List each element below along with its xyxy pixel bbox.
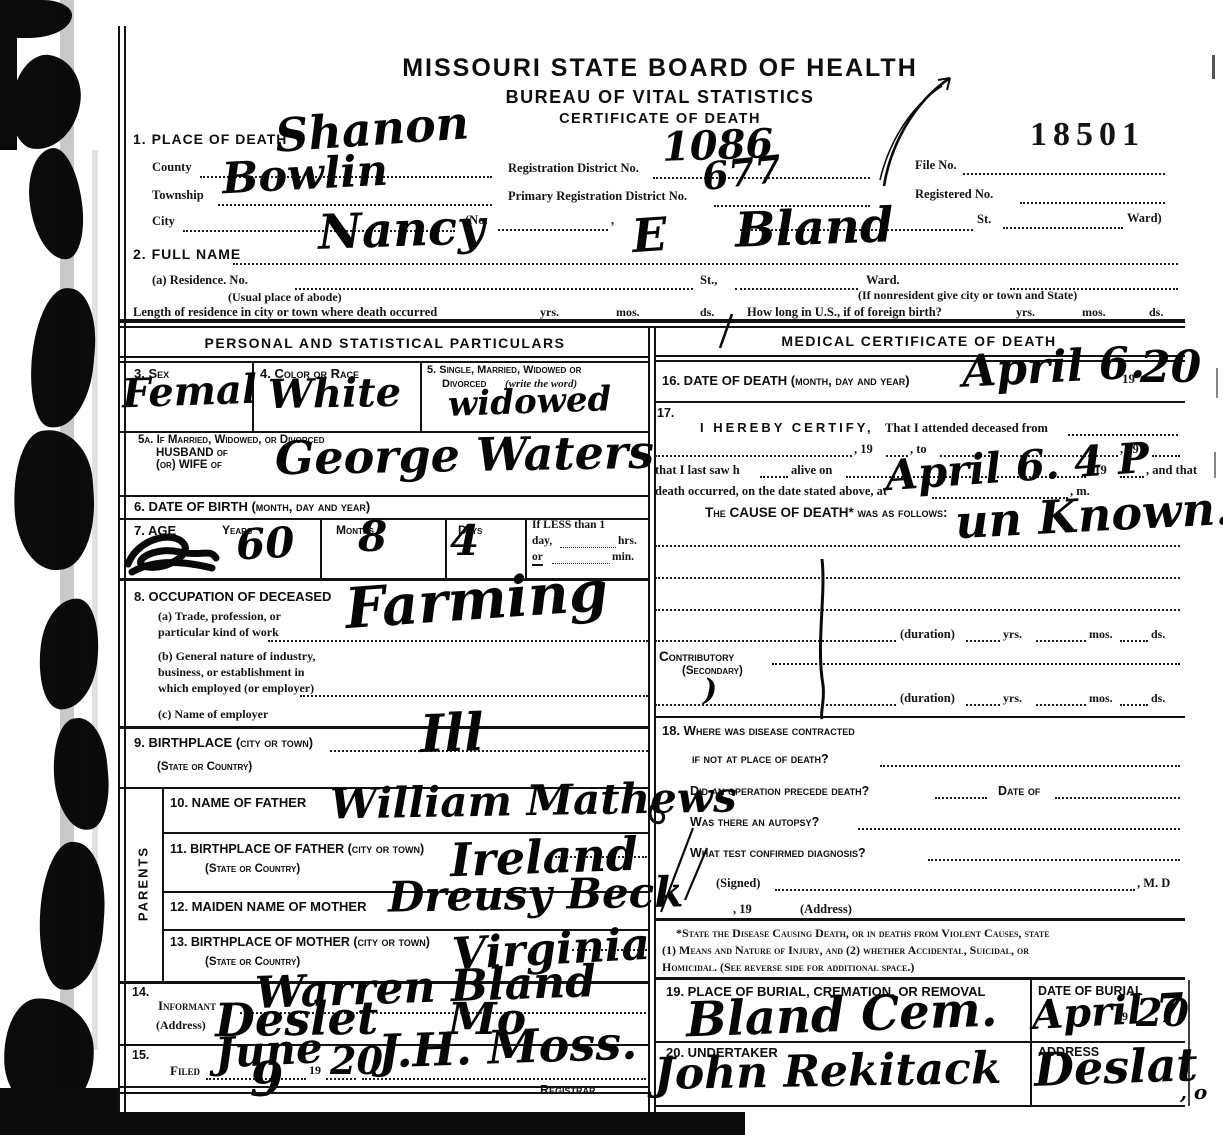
duration2-label: (duration) <box>900 692 955 705</box>
certify-line-5 <box>1152 455 1180 457</box>
q18-op-line <box>935 797 987 799</box>
md-label: , M. D <box>1137 877 1170 890</box>
occ-b-line <box>300 695 648 697</box>
stray-pen-slash <box>716 310 736 352</box>
residence-st-label: St., <box>700 274 717 287</box>
us-mos-label: mos. <box>1082 306 1106 318</box>
scan-artifact <box>1212 55 1215 79</box>
scan-artifact <box>6 51 87 155</box>
us-yrs-label: yrs. <box>1016 306 1035 318</box>
section-divider-thin <box>120 326 1185 328</box>
row5a-rule <box>120 495 648 497</box>
residence-st-line <box>735 288 858 290</box>
occ-a-line <box>268 640 648 642</box>
how-long-us-label: How long in U.S., if of foreign birth? <box>747 306 942 319</box>
footnote-line-3: Homicidal. (See reverse side for additio… <box>662 961 914 973</box>
occ-b-label-1: (b) General nature of industry, <box>158 650 315 662</box>
q18-if-line <box>880 765 1180 767</box>
less-than-label-2a: day, <box>532 536 552 548</box>
certify-line-2 <box>655 455 852 457</box>
township-label: Township <box>152 189 204 202</box>
scan-artifact <box>1216 368 1218 398</box>
registered-no-label: Registered No. <box>915 188 993 201</box>
form-left-border <box>118 26 120 1112</box>
parents-vertical-label: PARENTS <box>137 824 150 944</box>
certify-19a: , 19 <box>854 443 873 456</box>
filed-line-3 <box>362 1078 646 1080</box>
age-divider-1 <box>320 518 322 578</box>
sex-value: Femal <box>121 370 257 415</box>
signed-label: (Signed) <box>716 877 760 890</box>
q18-bottom-rule <box>654 918 1185 921</box>
length-ds-label: ds. <box>700 306 714 318</box>
full-name-label: 2. FULL NAME <box>133 247 241 261</box>
cause-line-2 <box>655 577 1180 579</box>
scan-artifact <box>92 150 98 1050</box>
spouse-label-2: HUSBAND of <box>156 448 228 460</box>
cause-of-death-value: un Known. <box>954 485 1223 545</box>
q18-autopsy-line <box>858 828 1180 830</box>
full-name-middle: E <box>630 211 668 259</box>
place-of-death-label: 1. PLACE OF DEATH <box>133 132 287 146</box>
occ-b-label-3: which employed (or employer) <box>158 682 314 694</box>
scan-artifact <box>0 1088 120 1135</box>
birthplace-value: Ill <box>419 707 485 761</box>
stray-paren-mark: ) <box>703 676 717 706</box>
reg-district-label: Registration District No. <box>508 162 639 175</box>
duration1-line-3 <box>1120 640 1148 642</box>
nonresident-label: (If nonresident give city or town and St… <box>858 289 1077 301</box>
less-than-label-1: If LESS than 1 <box>532 520 605 532</box>
last-saw-text-3: , and that <box>1146 464 1197 477</box>
duration1-line-1 <box>966 640 1000 642</box>
county-label: County <box>152 161 192 174</box>
date-of-death-year: 20 <box>1140 346 1201 390</box>
burial-place-value: Bland Cem. <box>685 986 998 1045</box>
personal-header-rule-a <box>120 356 648 358</box>
center-divider-inner <box>654 326 656 1112</box>
duration1-line-0 <box>655 640 896 642</box>
informant-address-label: (Address) <box>156 1019 206 1031</box>
signed-19-label: , 19 <box>733 903 752 916</box>
contributory-rule <box>654 716 1185 718</box>
age-months-value: 8 <box>358 516 387 558</box>
row15-rule-b <box>120 1092 648 1094</box>
q18-date-label: Date of <box>998 785 1040 798</box>
duration2-line-3 <box>1120 704 1148 706</box>
scan-artifact <box>1214 452 1216 478</box>
abode-label: (Usual place of abode) <box>228 291 342 303</box>
last-saw-line-1 <box>760 476 788 478</box>
ward-line <box>1003 227 1123 229</box>
full-name-line <box>233 263 1178 265</box>
occ-b-label-2: business, or establishment in <box>158 666 304 678</box>
duration1-label: (duration) <box>900 628 955 641</box>
primary-reg-label: Primary Registration District No. <box>508 190 687 203</box>
stray-pen-streak <box>810 555 836 723</box>
full-name-first: Nancy <box>317 203 486 257</box>
birthplace-line <box>330 750 648 752</box>
length-residence-label: Length of residence in city or town wher… <box>133 306 437 319</box>
primary-reg-value: 677 <box>700 150 783 196</box>
undertaker-address-suffix: , o <box>1180 1082 1207 1102</box>
death-certificate-scan: MISSOURI STATE BOARD OF HEALTH BUREAU OF… <box>0 0 1223 1135</box>
informant-number: 14. <box>132 986 149 999</box>
marital-value: widowed <box>447 382 611 422</box>
burial-19-label: 19 <box>1116 1010 1128 1022</box>
spouse-value: George Waters <box>275 429 655 482</box>
row16-rule <box>654 401 1185 403</box>
date-of-death-label: 16. DATE OF DEATH (month, day and year) <box>662 374 910 387</box>
full-name-last: Bland <box>734 201 894 254</box>
filed-label: Filed <box>170 1064 200 1077</box>
mother-name-value: Dreusy Beck <box>388 871 684 918</box>
street-label: St. <box>977 213 991 226</box>
cause-line-1 <box>655 545 1180 547</box>
q18-op-label: Did an operation precede death? <box>690 785 869 798</box>
personal-header-rule-b <box>120 361 648 363</box>
footnote-bottom-rule <box>654 977 1185 980</box>
duration2-mos: mos. <box>1089 692 1113 704</box>
duration2-line-2 <box>1036 704 1086 706</box>
hrs-line <box>560 547 616 548</box>
informant-label: Informant <box>158 999 216 1012</box>
certificate-number: 18501 <box>1030 118 1145 152</box>
last-saw-text-1: that I last saw h <box>655 464 740 477</box>
age-years-value: 60 <box>235 521 296 566</box>
row15-rule-a <box>120 1086 648 1088</box>
residence-ward-label: Ward. <box>866 274 900 287</box>
undertaker-value: John Rekitack <box>654 1047 1002 1097</box>
signed-address-label: (Address) <box>800 903 852 916</box>
mother-name-label: 12. MAIDEN NAME OF MOTHER <box>170 900 366 913</box>
footnote-line-1: *State the Disease Causing Death, or in … <box>676 927 1050 939</box>
scan-artifact <box>9 427 99 572</box>
filed-year-value: 20 <box>330 1042 383 1080</box>
scan-artifact <box>49 716 113 832</box>
file-no-line <box>963 173 1165 175</box>
race-value: White <box>268 373 402 415</box>
spouse-label-3: (or) WIFE of <box>156 460 222 472</box>
contributory-label: Contributory <box>659 650 734 664</box>
footnote-line-2: (1) Means and Nature of Injury, and (2) … <box>662 944 1029 956</box>
birthplace-state-label: (State or Country) <box>157 762 252 774</box>
city-no-comma: , <box>611 214 614 227</box>
section-divider-thick <box>120 319 1185 323</box>
mother-birthplace-label: 13. BIRTHPLACE OF MOTHER (city or town) <box>170 936 430 949</box>
duration2-ds: ds. <box>1151 692 1165 704</box>
pen-check-mark <box>872 68 967 193</box>
q18-test-line <box>928 859 1180 861</box>
residence-label: (a) Residence. No. <box>152 274 248 287</box>
age-ink-scribble <box>122 528 222 580</box>
personal-header: PERSONAL AND STATISTICAL PARTICULARS <box>120 336 650 350</box>
row8-rule <box>120 726 648 729</box>
occ-a-label-2: particular kind of work <box>158 626 279 638</box>
registrar-signature: J.H. Moss. <box>377 1019 638 1074</box>
duration1-line-2 <box>1036 640 1086 642</box>
scan-artifact <box>24 146 87 263</box>
registered-no-line <box>1020 202 1165 204</box>
stray-pen-slashes <box>645 790 715 918</box>
parents-inner-divider <box>162 787 164 983</box>
q18-date-line <box>1055 797 1180 799</box>
date-of-death-19: 19 <box>1122 372 1135 385</box>
q18-label: 18. Where was disease contracted <box>662 724 855 737</box>
q18-test-label: What test confirmed diagnosis? <box>690 847 866 860</box>
occ-c-label: (c) Name of employer <box>158 708 268 720</box>
duration1-ds: ds. <box>1151 628 1165 640</box>
ward-label: Ward) <box>1127 212 1162 225</box>
row20-rule <box>654 1105 1185 1107</box>
less-than-label-3b: min. <box>612 552 634 564</box>
file-no-label: File No. <box>915 159 957 172</box>
undertaker-address-value: Deslat <box>1033 1041 1198 1093</box>
burial-year-value: 20 <box>1136 994 1189 1032</box>
less-than-label-2b: hrs. <box>618 536 637 548</box>
race-marital-divider <box>420 361 422 431</box>
length-yrs-label: yrs. <box>540 306 559 318</box>
birthplace-label: 9. BIRTHPLACE (city or town) <box>134 736 313 749</box>
us-ds-label: ds. <box>1149 306 1163 318</box>
scan-artifact <box>60 0 74 1135</box>
date-of-death-value: April 6. <box>961 341 1146 395</box>
father-name-label: 10. NAME OF FATHER <box>170 796 306 809</box>
dob-label: 6. DATE OF BIRTH (month, day and year) <box>134 500 370 513</box>
cause-line-3 <box>655 609 1180 611</box>
death-occurred-text: death occurred, on the date stated above… <box>655 485 887 498</box>
certify-label: I HEREBY CERTIFY, <box>700 421 874 434</box>
certify-text: That I attended deceased from <box>885 422 1048 435</box>
occ-a-label-1: (a) Trade, profession, or <box>158 610 281 622</box>
duration2-yrs: yrs. <box>1003 692 1022 704</box>
length-mos-label: mos. <box>616 306 640 318</box>
cause-of-death-label: The CAUSE OF DEATH* was as follows: <box>705 506 948 520</box>
filed-day-value: 9 <box>250 1056 283 1104</box>
duration2-line-0 <box>655 704 896 706</box>
city-no-line <box>498 229 608 231</box>
residence-line <box>295 288 693 290</box>
signed-line <box>775 889 1135 891</box>
duration1-yrs: yrs. <box>1003 628 1022 640</box>
last-saw-text-2: alive on <box>791 464 832 477</box>
city-label: City <box>152 215 175 228</box>
filed-number: 15. <box>132 1049 149 1062</box>
item-17-number: 17. <box>657 407 674 420</box>
father-state-label: (State or Country) <box>205 864 300 876</box>
duration1-mos: mos. <box>1089 628 1113 640</box>
father-birthplace-label: 11. BIRTHPLACE OF FATHER (city or town) <box>170 843 424 856</box>
township-value: Bowlin <box>221 150 389 202</box>
q18-if-label: if not at place of death? <box>692 753 829 766</box>
occupation-value: Farming <box>343 563 609 637</box>
marital-label-1: 5. Single, Married, Widowed or <box>427 365 581 376</box>
occupation-label: 8. OCCUPATION OF DECEASED <box>134 590 331 603</box>
age-days-value: 4 <box>450 520 479 562</box>
duration2-line-1 <box>966 704 1000 706</box>
